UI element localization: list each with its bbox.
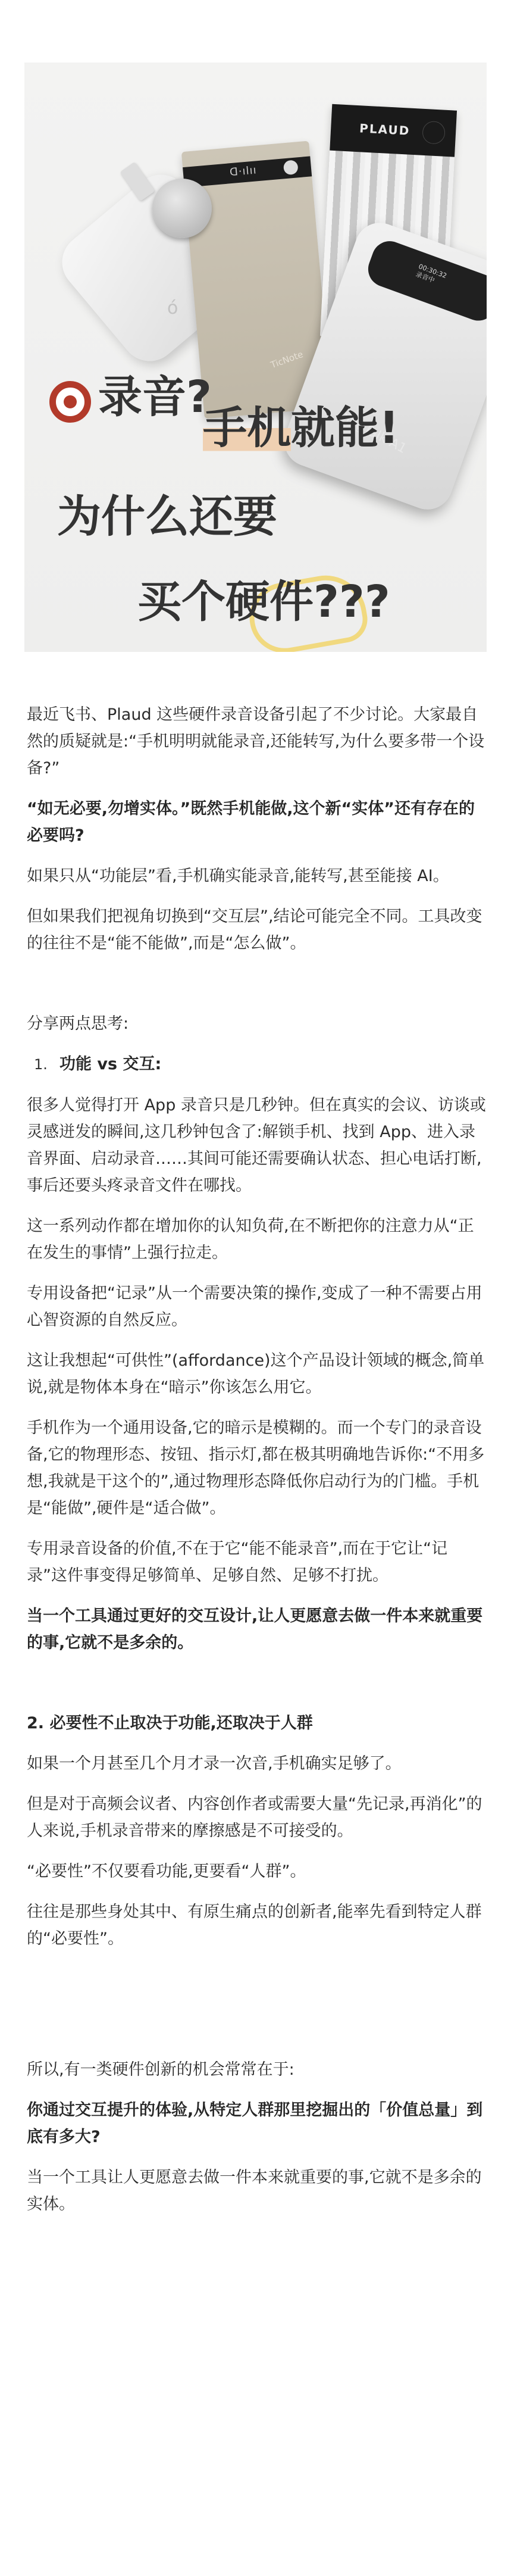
puck-logo-icon: ó xyxy=(167,298,178,319)
waveform-icon: ᗡ·ılıı xyxy=(229,164,257,179)
headline-line-2: 手机就能! xyxy=(203,406,399,450)
section-2-paragraph: 如果一个月甚至几个月才录一次音,手机确实足够了。 xyxy=(27,1750,488,1777)
headline-line-1: 录音? xyxy=(98,375,212,419)
section-1-conclusion: 当一个工具通过更好的交互设计,让人更愿意去做一件本来就重要的事,它就不是多余的。 xyxy=(27,1603,488,1656)
function-layer-paragraph: 如果只从“功能层”看,手机确实能录音,能转写,甚至能接 AI。 xyxy=(27,863,488,889)
headline-line-3: 为什么还要 xyxy=(57,495,277,539)
section-title: 功能 vs 交互: xyxy=(59,1051,161,1078)
ticnote-label: TicNote xyxy=(269,349,305,370)
bold-question: “如无必要,勿增实体。”既然手机能做,这个新“实体”还有存在的必要吗? xyxy=(27,795,488,849)
ticnote-button xyxy=(283,160,299,175)
section-1-paragraph: 手机作为一个通用设备,它的暗示是模糊的。而一个专门的录音设备,它的物理形态、按钮… xyxy=(27,1415,488,1522)
plaud-button xyxy=(422,121,446,145)
section-1-paragraph: 专用录音设备的价值,不在于它“能不能录音”,而在于它让“记录”这件事变得足够简单… xyxy=(27,1535,488,1589)
section-1-paragraph: 很多人觉得打开 App 录音只是几秒钟。但在真实的会议、访谈或灵感迸发的瞬间,这… xyxy=(27,1092,488,1199)
ringed-word: 硬件 xyxy=(225,576,314,627)
section-2-paragraph: “必要性”不仅要看功能,更要看“人群”。 xyxy=(27,1858,488,1885)
ticnote-top-bar: ᗡ·ılıı xyxy=(183,156,312,188)
cover-image: ᗡ·ılıı TicNote PLAUD ó 00:30:32 录音中 Ding… xyxy=(24,63,487,652)
section-1-heading: 1. 功能 vs 交互: xyxy=(27,1051,488,1078)
closing-bold-question: 你通过交互提升的体验,从特定人群那里挖掘出的「价值总量」到底有多大? xyxy=(27,2097,488,2150)
section-2-paragraph: 往往是那些身处其中、有原生痛点的创新者,能率先看到特定人群的“必要性”。 xyxy=(27,1899,488,1952)
section-1-paragraph: 专用设备把“记录”从一个需要决策的操作,变成了一种不需要占用心智资源的自然反应。 xyxy=(27,1280,488,1334)
headline-line-4: 买个硬件??? xyxy=(137,580,390,624)
closing-final: 当一个工具让人更愿意去做一件本来就重要的事,它就不是多余的实体。 xyxy=(27,2164,488,2218)
section-2-heading: 2. 必要性不止取决于功能,还取决于人群 xyxy=(27,1710,488,1737)
section-1-paragraph: 这一系列动作都在增加你的认知负荷,在不断把你的注意力从“正在发生的事情”上强行拉… xyxy=(27,1213,488,1266)
puck-round-button xyxy=(152,179,212,238)
plaud-label: PLAUD xyxy=(359,121,410,138)
record-icon xyxy=(49,381,91,423)
list-number: 1. xyxy=(27,1051,59,1078)
interaction-layer-paragraph: 但如果我们把视角切换到“交互层”,结论可能完全不同。工具改变的往往不是“能不能做… xyxy=(27,903,488,957)
intro-paragraph: 最近飞书、Plaud 这些硬件录音设备引起了不少讨论。大家最自然的质疑就是:“手… xyxy=(27,701,488,782)
dingtalk-screen: 00:30:32 录音中 xyxy=(363,236,487,326)
section-1-paragraph: 这让我想起“可供性”(affordance)这个产品设计领域的概念,简单说,就是… xyxy=(27,1347,488,1401)
section-2-paragraph: 但是对于高频会议者、内容创作者或需要大量“先记录,再消化”的人来说,手机录音带来… xyxy=(27,1791,488,1844)
plaud-top-bar: PLAUD xyxy=(330,104,457,157)
highlight-mark: 手机 xyxy=(203,402,291,454)
article-body: 最近飞书、Plaud 这些硬件录音设备引起了不少讨论。大家最自然的质疑就是:“手… xyxy=(27,701,488,2218)
share-intro: 分享两点思考: xyxy=(27,1010,488,1037)
closing-intro: 所以,有一类硬件创新的机会常常在于: xyxy=(27,2056,488,2083)
